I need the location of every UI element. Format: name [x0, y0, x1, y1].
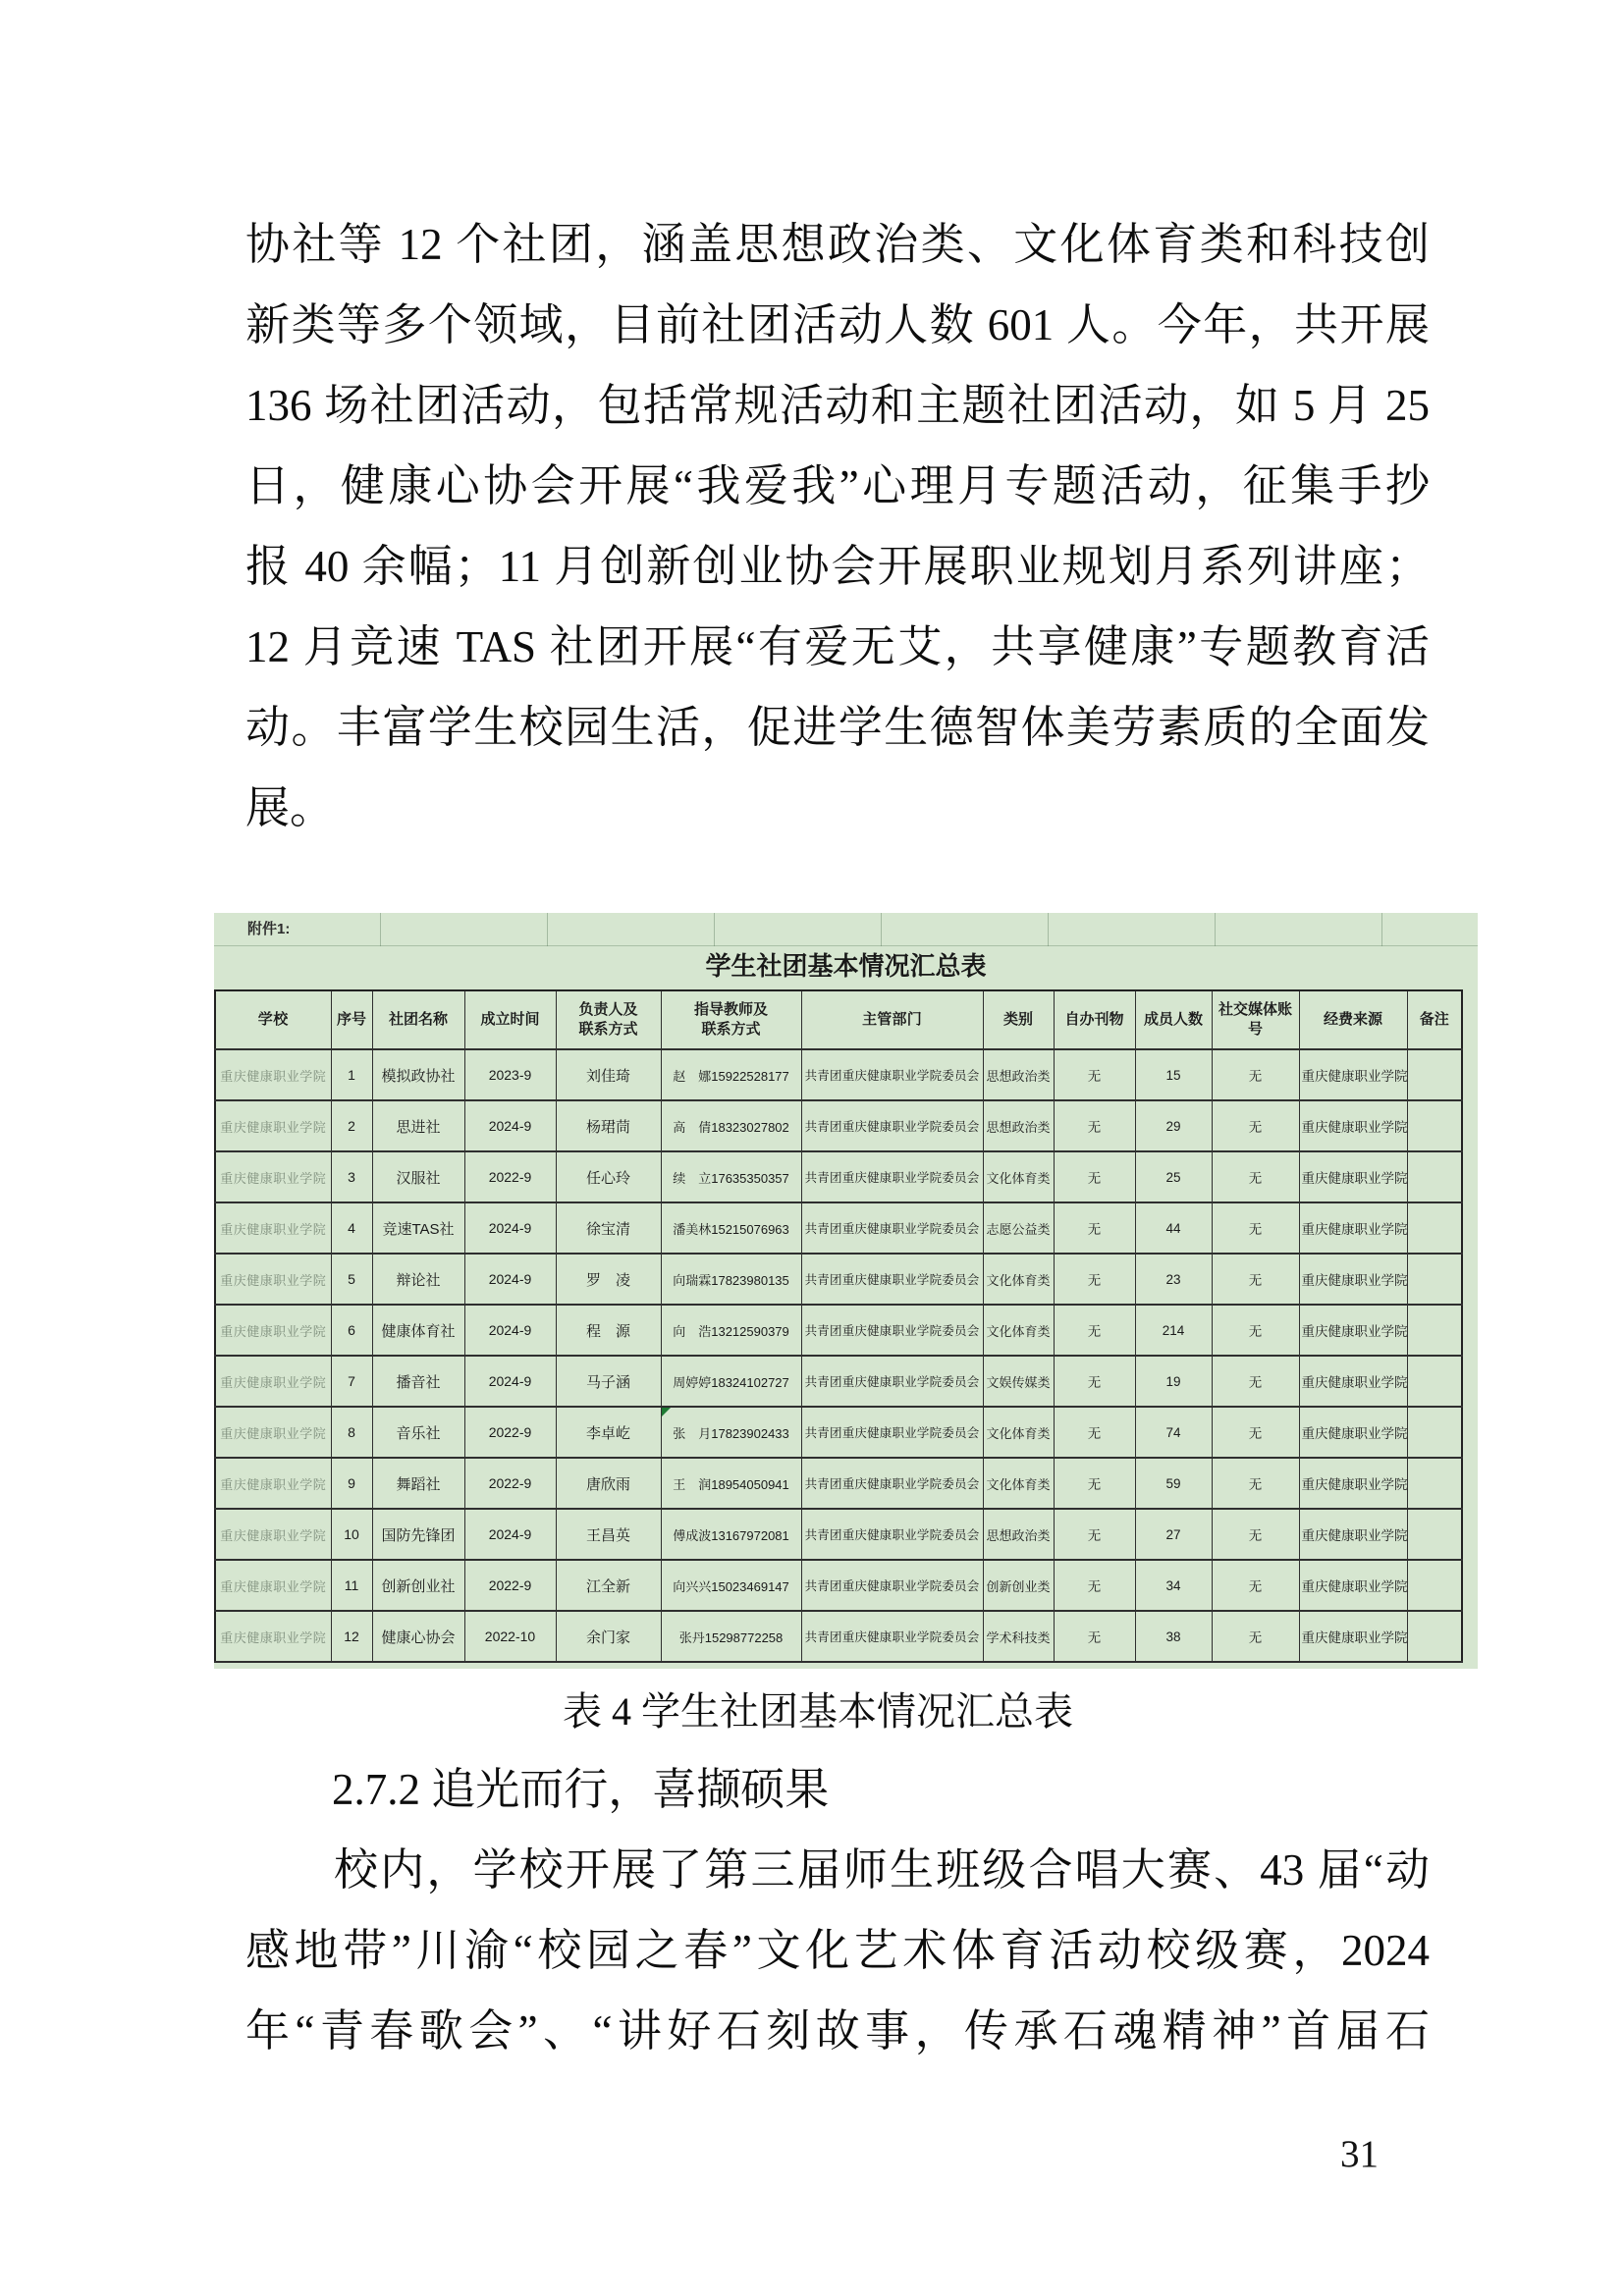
attachment-label: 附件1:	[214, 913, 1478, 946]
table-cell: 模拟政协社	[372, 1049, 464, 1100]
table-cell: 19	[1135, 1356, 1212, 1407]
table-cell: 4	[331, 1202, 372, 1254]
table-cell: 杨珺茼	[556, 1100, 661, 1151]
table-cell: 25	[1135, 1151, 1212, 1202]
table-cell: 重庆健康职业学院	[215, 1049, 331, 1100]
table-cell: 创新创业类	[983, 1560, 1054, 1611]
table-cell: 无	[1212, 1100, 1299, 1151]
table-cell: 无	[1054, 1151, 1135, 1202]
table-cell: 共青团重庆健康职业学院委员会	[801, 1509, 983, 1560]
table-cell: 无	[1212, 1305, 1299, 1356]
table-cell: 59	[1135, 1458, 1212, 1509]
paragraph-1: 协社等 12 个社团，涵盖思想政治类、文化体育类和科技创 新类等多个领域，目前社…	[245, 204, 1430, 848]
table-cell: 程 源	[556, 1305, 661, 1356]
header-cell: 主管部门	[801, 990, 983, 1049]
table-cell: 王昌英	[556, 1509, 661, 1560]
table-cell: 共青团重庆健康职业学院委员会	[801, 1305, 983, 1356]
header-cell: 成员人数	[1135, 990, 1212, 1049]
table-cell: 无	[1054, 1049, 1135, 1100]
table-cell: 无	[1212, 1560, 1299, 1611]
table-cell: 23	[1135, 1254, 1212, 1305]
table-cell: 重庆健康职业学院	[1299, 1611, 1407, 1662]
table-row: 重庆健康职业学院12健康心协会2022-10余门家张丹15298772258共青…	[215, 1611, 1462, 1662]
sheet-title: 学生社团基本情况汇总表	[214, 946, 1478, 989]
table-cell: 文化体育类	[983, 1254, 1054, 1305]
table-cell: 74	[1135, 1407, 1212, 1458]
table-cell: 重庆健康职业学院	[215, 1611, 331, 1662]
table-cell: 向瑞霖17823980135	[661, 1254, 801, 1305]
header-cell: 类别	[983, 990, 1054, 1049]
table-cell: 无	[1212, 1254, 1299, 1305]
table-row: 重庆健康职业学院11创新创业社2022-9江全新向兴兴15023469147共青…	[215, 1560, 1462, 1611]
text-line: 校内，学校开展了第三届师生班级合唱大赛、43 届“动	[245, 1830, 1430, 1910]
table-cell: 2022-10	[464, 1611, 556, 1662]
table-cell	[1407, 1254, 1462, 1305]
table-row: 重庆健康职业学院1模拟政协社2023-9刘佳琦赵 娜15922528177共青团…	[215, 1049, 1462, 1100]
table-cell: 共青团重庆健康职业学院委员会	[801, 1356, 983, 1407]
page-number: 31	[245, 2132, 1379, 2176]
table-cell: 任心玲	[556, 1151, 661, 1202]
table-cell: 傅成波13167972081	[661, 1509, 801, 1560]
table-cell: 无	[1212, 1049, 1299, 1100]
table-cell: 无	[1054, 1509, 1135, 1560]
table-cell: 唐欣雨	[556, 1458, 661, 1509]
paragraph-2: 校内，学校开展了第三届师生班级合唱大赛、43 届“动 感地带”川渝“校园之春”文…	[245, 1830, 1430, 2071]
table-cell: 重庆健康职业学院	[215, 1305, 331, 1356]
text-line: 年“青春歌会”、“讲好石刻故事，传承石魂精神”首届石	[245, 1991, 1430, 2071]
table-cell: 重庆健康职业学院	[215, 1458, 331, 1509]
table-cell: 10	[331, 1509, 372, 1560]
table-cell: 共青团重庆健康职业学院委员会	[801, 1611, 983, 1662]
table-cell: 无	[1212, 1611, 1299, 1662]
table-cell: 38	[1135, 1611, 1212, 1662]
table-cell: 共青团重庆健康职业学院委员会	[801, 1458, 983, 1509]
table-cell: 无	[1212, 1509, 1299, 1560]
text-line: 报 40 余幅；11 月创新创业协会开展职业规划月系列讲座；	[245, 526, 1430, 607]
table-cell: 思进社	[372, 1100, 464, 1151]
text-line: 感地带”川渝“校园之春”文化艺术体育活动校级赛，2024	[245, 1910, 1430, 1991]
table-cell: 文化体育类	[983, 1305, 1054, 1356]
table-cell: 共青团重庆健康职业学院委员会	[801, 1560, 983, 1611]
table-cell: 罗 凌	[556, 1254, 661, 1305]
table-cell: 王 润18954050941	[661, 1458, 801, 1509]
table-cell: 文化体育类	[983, 1458, 1054, 1509]
table-cell: 无	[1212, 1356, 1299, 1407]
table-cell: 赵 娜15922528177	[661, 1049, 801, 1100]
table-row: 重庆健康职业学院7播音社2024-9马子涵周婷婷18324102727共青团重庆…	[215, 1356, 1462, 1407]
table-cell: 2024-9	[464, 1509, 556, 1560]
table-cell: 无	[1054, 1458, 1135, 1509]
header-cell: 社交媒体账号	[1212, 990, 1299, 1049]
text-line: 12 月竞速 TAS 社团开展“有爱无艾，共享健康”专题教育活	[245, 607, 1430, 687]
table-cell: 无	[1054, 1356, 1135, 1407]
table-cell: 向 浩13212590379	[661, 1305, 801, 1356]
table-cell: 向兴兴15023469147	[661, 1560, 801, 1611]
table-cell: 健康体育社	[372, 1305, 464, 1356]
table-cell: 创新创业社	[372, 1560, 464, 1611]
table-cell: 无	[1212, 1407, 1299, 1458]
table-row: 重庆健康职业学院5辩论社2024-9罗 凌向瑞霖17823980135共青团重庆…	[215, 1254, 1462, 1305]
table-cell	[1407, 1100, 1462, 1151]
table-cell: 文娱传媒类	[983, 1356, 1054, 1407]
table-cell	[1407, 1458, 1462, 1509]
table-cell: 2022-9	[464, 1151, 556, 1202]
text-line: 新类等多个领域，目前社团活动人数 601 人。今年，共开展	[245, 285, 1430, 365]
table-cell: 文化体育类	[983, 1407, 1054, 1458]
table-cell: 播音社	[372, 1356, 464, 1407]
table-cell	[1407, 1560, 1462, 1611]
table-cell: 重庆健康职业学院	[1299, 1458, 1407, 1509]
table-cell: 2024-9	[464, 1202, 556, 1254]
header-cell: 学校	[215, 990, 331, 1049]
header-cell: 经费来源	[1299, 990, 1407, 1049]
table-cell: 思想政治类	[983, 1049, 1054, 1100]
table-cell: 2024-9	[464, 1305, 556, 1356]
table-cell: 共青团重庆健康职业学院委员会	[801, 1254, 983, 1305]
header-cell: 成立时间	[464, 990, 556, 1049]
table-cell: 国防先锋团	[372, 1509, 464, 1560]
text-line: 动。丰富学生校园生活，促进学生德智体美劳素质的全面发	[245, 687, 1430, 768]
table-cell: 1	[331, 1049, 372, 1100]
text-line: 136 场社团活动，包括常规活动和主题社团活动，如 5 月 25	[245, 365, 1430, 446]
header-cell: 序号	[331, 990, 372, 1049]
table-cell: 音乐社	[372, 1407, 464, 1458]
table-row: 重庆健康职业学院8音乐社2022-9李卓屹张 月17823902433共青团重庆…	[215, 1407, 1462, 1458]
table-cell: 刘佳琦	[556, 1049, 661, 1100]
table-row: 重庆健康职业学院10国防先锋团2024-9王昌英傅成波13167972081共青…	[215, 1509, 1462, 1560]
table-cell: 辩论社	[372, 1254, 464, 1305]
table-cell: 无	[1054, 1560, 1135, 1611]
table-cell: 无	[1054, 1407, 1135, 1458]
table-row: 重庆健康职业学院4竞速TAS社2024-9徐宝清潘美林15215076963共青…	[215, 1202, 1462, 1254]
table-cell: 重庆健康职业学院	[1299, 1202, 1407, 1254]
table-cell: 无	[1054, 1202, 1135, 1254]
table-cell: 重庆健康职业学院	[215, 1509, 331, 1560]
table-cell: 张丹15298772258	[661, 1611, 801, 1662]
table-cell: 重庆健康职业学院	[215, 1407, 331, 1458]
table-cell: 27	[1135, 1509, 1212, 1560]
table-cell: 34	[1135, 1560, 1212, 1611]
table-cell: 竞速TAS社	[372, 1202, 464, 1254]
table-cell: 2	[331, 1100, 372, 1151]
table-cell: 共青团重庆健康职业学院委员会	[801, 1151, 983, 1202]
club-table-body: 重庆健康职业学院1模拟政协社2023-9刘佳琦赵 娜15922528177共青团…	[215, 1049, 1462, 1662]
table-cell: 周婷婷18324102727	[661, 1356, 801, 1407]
text-line: 日，健康心协会开展“我爱我”心理月专题活动，征集手抄	[245, 446, 1430, 526]
table-cell: 15	[1135, 1049, 1212, 1100]
table-cell: 无	[1212, 1202, 1299, 1254]
table-cell	[1407, 1151, 1462, 1202]
table-cell: 健康心协会	[372, 1611, 464, 1662]
table-cell: 徐宝清	[556, 1202, 661, 1254]
table-cell	[1407, 1202, 1462, 1254]
table-cell: 重庆健康职业学院	[215, 1202, 331, 1254]
table-cell: 重庆健康职业学院	[215, 1254, 331, 1305]
table-cell: 2024-9	[464, 1254, 556, 1305]
table-row: 重庆健康职业学院9舞蹈社2022-9唐欣雨王 润18954050941共青团重庆…	[215, 1458, 1462, 1509]
table-row: 重庆健康职业学院2思进社2024-9杨珺茼高 倩18323027802共青团重庆…	[215, 1100, 1462, 1151]
table-cell: 重庆健康职业学院	[1299, 1560, 1407, 1611]
table-cell	[1407, 1611, 1462, 1662]
table-cell: 无	[1054, 1611, 1135, 1662]
table-cell: 共青团重庆健康职业学院委员会	[801, 1407, 983, 1458]
table-cell: 舞蹈社	[372, 1458, 464, 1509]
table-cell: 学术科技类	[983, 1611, 1054, 1662]
table-cell: 高 倩18323027802	[661, 1100, 801, 1151]
table-cell: 2024-9	[464, 1100, 556, 1151]
table-cell: 志愿公益类	[983, 1202, 1054, 1254]
table-cell	[1407, 1049, 1462, 1100]
table-cell: 重庆健康职业学院	[1299, 1305, 1407, 1356]
club-summary-sheet: 附件1: 学生社团基本情况汇总表 学校序号社团名称成立时间负责人及 联系方式指导…	[214, 913, 1478, 1669]
document-page: 协社等 12 个社团，涵盖思想政治类、文化体育类和科技创 新类等多个领域，目前社…	[0, 0, 1624, 2296]
table-cell	[1407, 1509, 1462, 1560]
table-cell: 潘美林15215076963	[661, 1202, 801, 1254]
table-cell: 无	[1054, 1100, 1135, 1151]
table-cell: 6	[331, 1305, 372, 1356]
table-cell: 重庆健康职业学院	[215, 1560, 331, 1611]
table-cell: 重庆健康职业学院	[1299, 1151, 1407, 1202]
club-table-header-row: 学校序号社团名称成立时间负责人及 联系方式指导教师及 联系方式主管部门类别自办刊…	[215, 990, 1462, 1049]
table-cell: 12	[331, 1611, 372, 1662]
table-cell: 11	[331, 1560, 372, 1611]
table-cell: 重庆健康职业学院	[1299, 1509, 1407, 1560]
table-cell	[1407, 1305, 1462, 1356]
table-cell: 无	[1212, 1151, 1299, 1202]
table-cell: 2022-9	[464, 1458, 556, 1509]
table-cell: 马子涵	[556, 1356, 661, 1407]
table-cell: 共青团重庆健康职业学院委员会	[801, 1202, 983, 1254]
table-cell: 8	[331, 1407, 372, 1458]
text-line: 协社等 12 个社团，涵盖思想政治类、文化体育类和科技创	[245, 204, 1430, 285]
section-heading: 2.7.2 追光而行，喜撷硕果	[245, 1760, 829, 1819]
header-cell: 社团名称	[372, 990, 464, 1049]
table-cell: 重庆健康职业学院	[215, 1151, 331, 1202]
header-cell: 指导教师及 联系方式	[661, 990, 801, 1049]
table-cell: 文化体育类	[983, 1151, 1054, 1202]
table-cell: 2023-9	[464, 1049, 556, 1100]
table-caption: 表 4 学生社团基本情况汇总表	[226, 1681, 1410, 1736]
table-cell: 余门家	[556, 1611, 661, 1662]
table-cell: 9	[331, 1458, 372, 1509]
table-cell: 李卓屹	[556, 1407, 661, 1458]
table-cell: 44	[1135, 1202, 1212, 1254]
table-cell: 5	[331, 1254, 372, 1305]
table-row: 重庆健康职业学院3汉服社2022-9任心玲续 立17635350357共青团重庆…	[215, 1151, 1462, 1202]
table-cell: 张 月17823902433	[661, 1407, 801, 1458]
table-cell: 续 立17635350357	[661, 1151, 801, 1202]
header-cell: 负责人及 联系方式	[556, 990, 661, 1049]
table-cell: 7	[331, 1356, 372, 1407]
table-cell: 无	[1054, 1305, 1135, 1356]
header-cell: 备注	[1407, 990, 1462, 1049]
table-cell: 汉服社	[372, 1151, 464, 1202]
text-line: 展。	[245, 768, 1430, 848]
header-cell: 自办刊物	[1054, 990, 1135, 1049]
club-table: 学校序号社团名称成立时间负责人及 联系方式指导教师及 联系方式主管部门类别自办刊…	[214, 989, 1463, 1663]
table-cell: 重庆健康职业学院	[1299, 1254, 1407, 1305]
table-cell: 无	[1054, 1254, 1135, 1305]
table-cell: 29	[1135, 1100, 1212, 1151]
table-cell: 3	[331, 1151, 372, 1202]
table-cell: 无	[1212, 1458, 1299, 1509]
table-cell: 重庆健康职业学院	[1299, 1049, 1407, 1100]
table-cell: 共青团重庆健康职业学院委员会	[801, 1100, 983, 1151]
table-cell: 重庆健康职业学院	[1299, 1100, 1407, 1151]
table-cell	[1407, 1356, 1462, 1407]
table-cell: 2024-9	[464, 1356, 556, 1407]
table-cell: 重庆健康职业学院	[215, 1356, 331, 1407]
table-cell: 重庆健康职业学院	[1299, 1407, 1407, 1458]
table-cell: 2022-9	[464, 1560, 556, 1611]
table-cell: 思想政治类	[983, 1100, 1054, 1151]
table-cell: 重庆健康职业学院	[215, 1100, 331, 1151]
table-cell: 江全新	[556, 1560, 661, 1611]
table-cell: 214	[1135, 1305, 1212, 1356]
table-cell: 思想政治类	[983, 1509, 1054, 1560]
table-cell: 共青团重庆健康职业学院委员会	[801, 1049, 983, 1100]
table-row: 重庆健康职业学院6健康体育社2024-9程 源向 浩13212590379共青团…	[215, 1305, 1462, 1356]
table-cell: 2022-9	[464, 1407, 556, 1458]
table-cell: 重庆健康职业学院	[1299, 1356, 1407, 1407]
table-cell	[1407, 1407, 1462, 1458]
